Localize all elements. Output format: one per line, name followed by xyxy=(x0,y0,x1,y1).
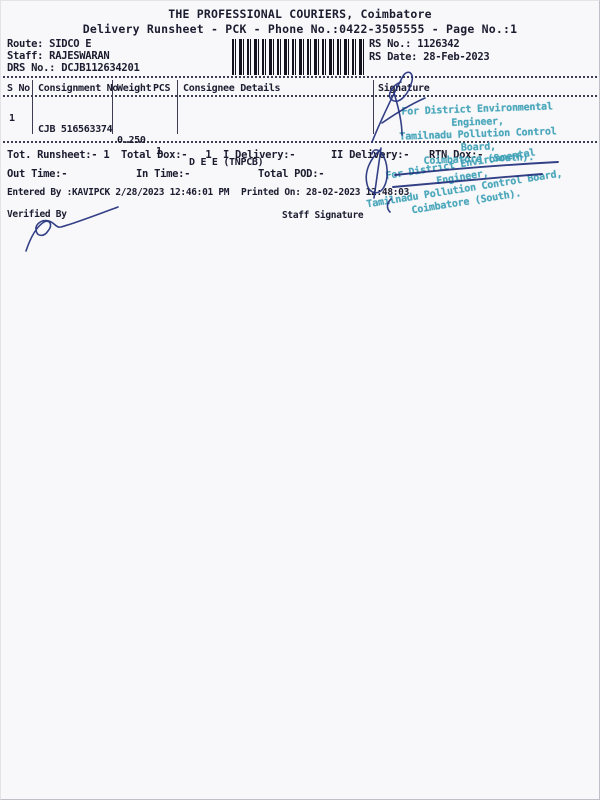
out-time: Out Time:- xyxy=(7,168,67,180)
col-header-consignee: Consignee Details xyxy=(183,83,280,94)
entered-by: Entered By :KAVIPCK 2/28/2023 12:46:01 P… xyxy=(7,187,229,198)
row-consignment-no: CJB 516563374 xyxy=(38,124,112,135)
route-label: Route: xyxy=(7,38,43,50)
rs-no-value: 1126342 xyxy=(417,38,459,50)
i-delivery: I Delivery:- xyxy=(223,149,295,161)
col-header-consignment: Consignment No xyxy=(38,83,118,94)
total-dox-label: Total Dox:- xyxy=(121,149,187,161)
staff-label: Staff: xyxy=(7,50,43,62)
tot-runsheet-value: 1 xyxy=(103,149,109,161)
total-dox: Total Dox:- 1 xyxy=(121,149,211,161)
rs-no-label: RS No.: xyxy=(369,38,411,50)
route-value: SIDCO E xyxy=(49,38,91,50)
rs-date-label: RS Date: xyxy=(369,51,417,63)
divider xyxy=(3,95,597,97)
drs-value: DCJB112634201 xyxy=(61,62,139,74)
verified-by: Verified By xyxy=(7,209,67,220)
col-header-pcs: PCS xyxy=(153,83,170,94)
row-sno: 1 xyxy=(9,113,15,124)
drs-line: DRS No.: DCJB112634201 xyxy=(7,62,140,74)
tot-runsheet-label: Tot. Runsheet:- xyxy=(7,149,97,161)
barcode-icon xyxy=(232,39,367,75)
staff-signature: Staff Signature xyxy=(282,210,363,221)
rs-date-line: RS Date: 28-Feb-2023 xyxy=(369,51,489,63)
col-header-signature: Signature xyxy=(378,83,430,94)
total-pod: Total POD:- xyxy=(258,168,324,180)
page-title: THE PROFESSIONAL COURIERS, Coimbatore xyxy=(1,7,599,21)
page-subtitle: Delivery Runsheet - PCK - Phone No.:0422… xyxy=(1,22,599,36)
tot-runsheet: Tot. Runsheet:- 1 xyxy=(7,149,109,161)
scanned-delivery-runsheet: THE PROFESSIONAL COURIERS, Coimbatore De… xyxy=(0,0,600,800)
in-time: In Time:- xyxy=(136,168,190,180)
rs-no-line: RS No.: 1126342 xyxy=(369,38,459,50)
rs-date-value: 28-Feb-2023 xyxy=(423,51,489,63)
col-header-weight: Weight xyxy=(117,83,151,94)
divider xyxy=(3,76,597,78)
drs-label: DRS No.: xyxy=(7,62,55,74)
total-dox-value: 1 xyxy=(205,149,211,161)
staff-line: Staff: RAJESWARAN xyxy=(7,50,109,62)
row-weight: 0.250 xyxy=(117,135,146,146)
route-line: Route: SIDCO E xyxy=(7,38,91,50)
staff-value: RAJESWARAN xyxy=(49,50,109,62)
col-header-sno: S No xyxy=(7,83,30,94)
